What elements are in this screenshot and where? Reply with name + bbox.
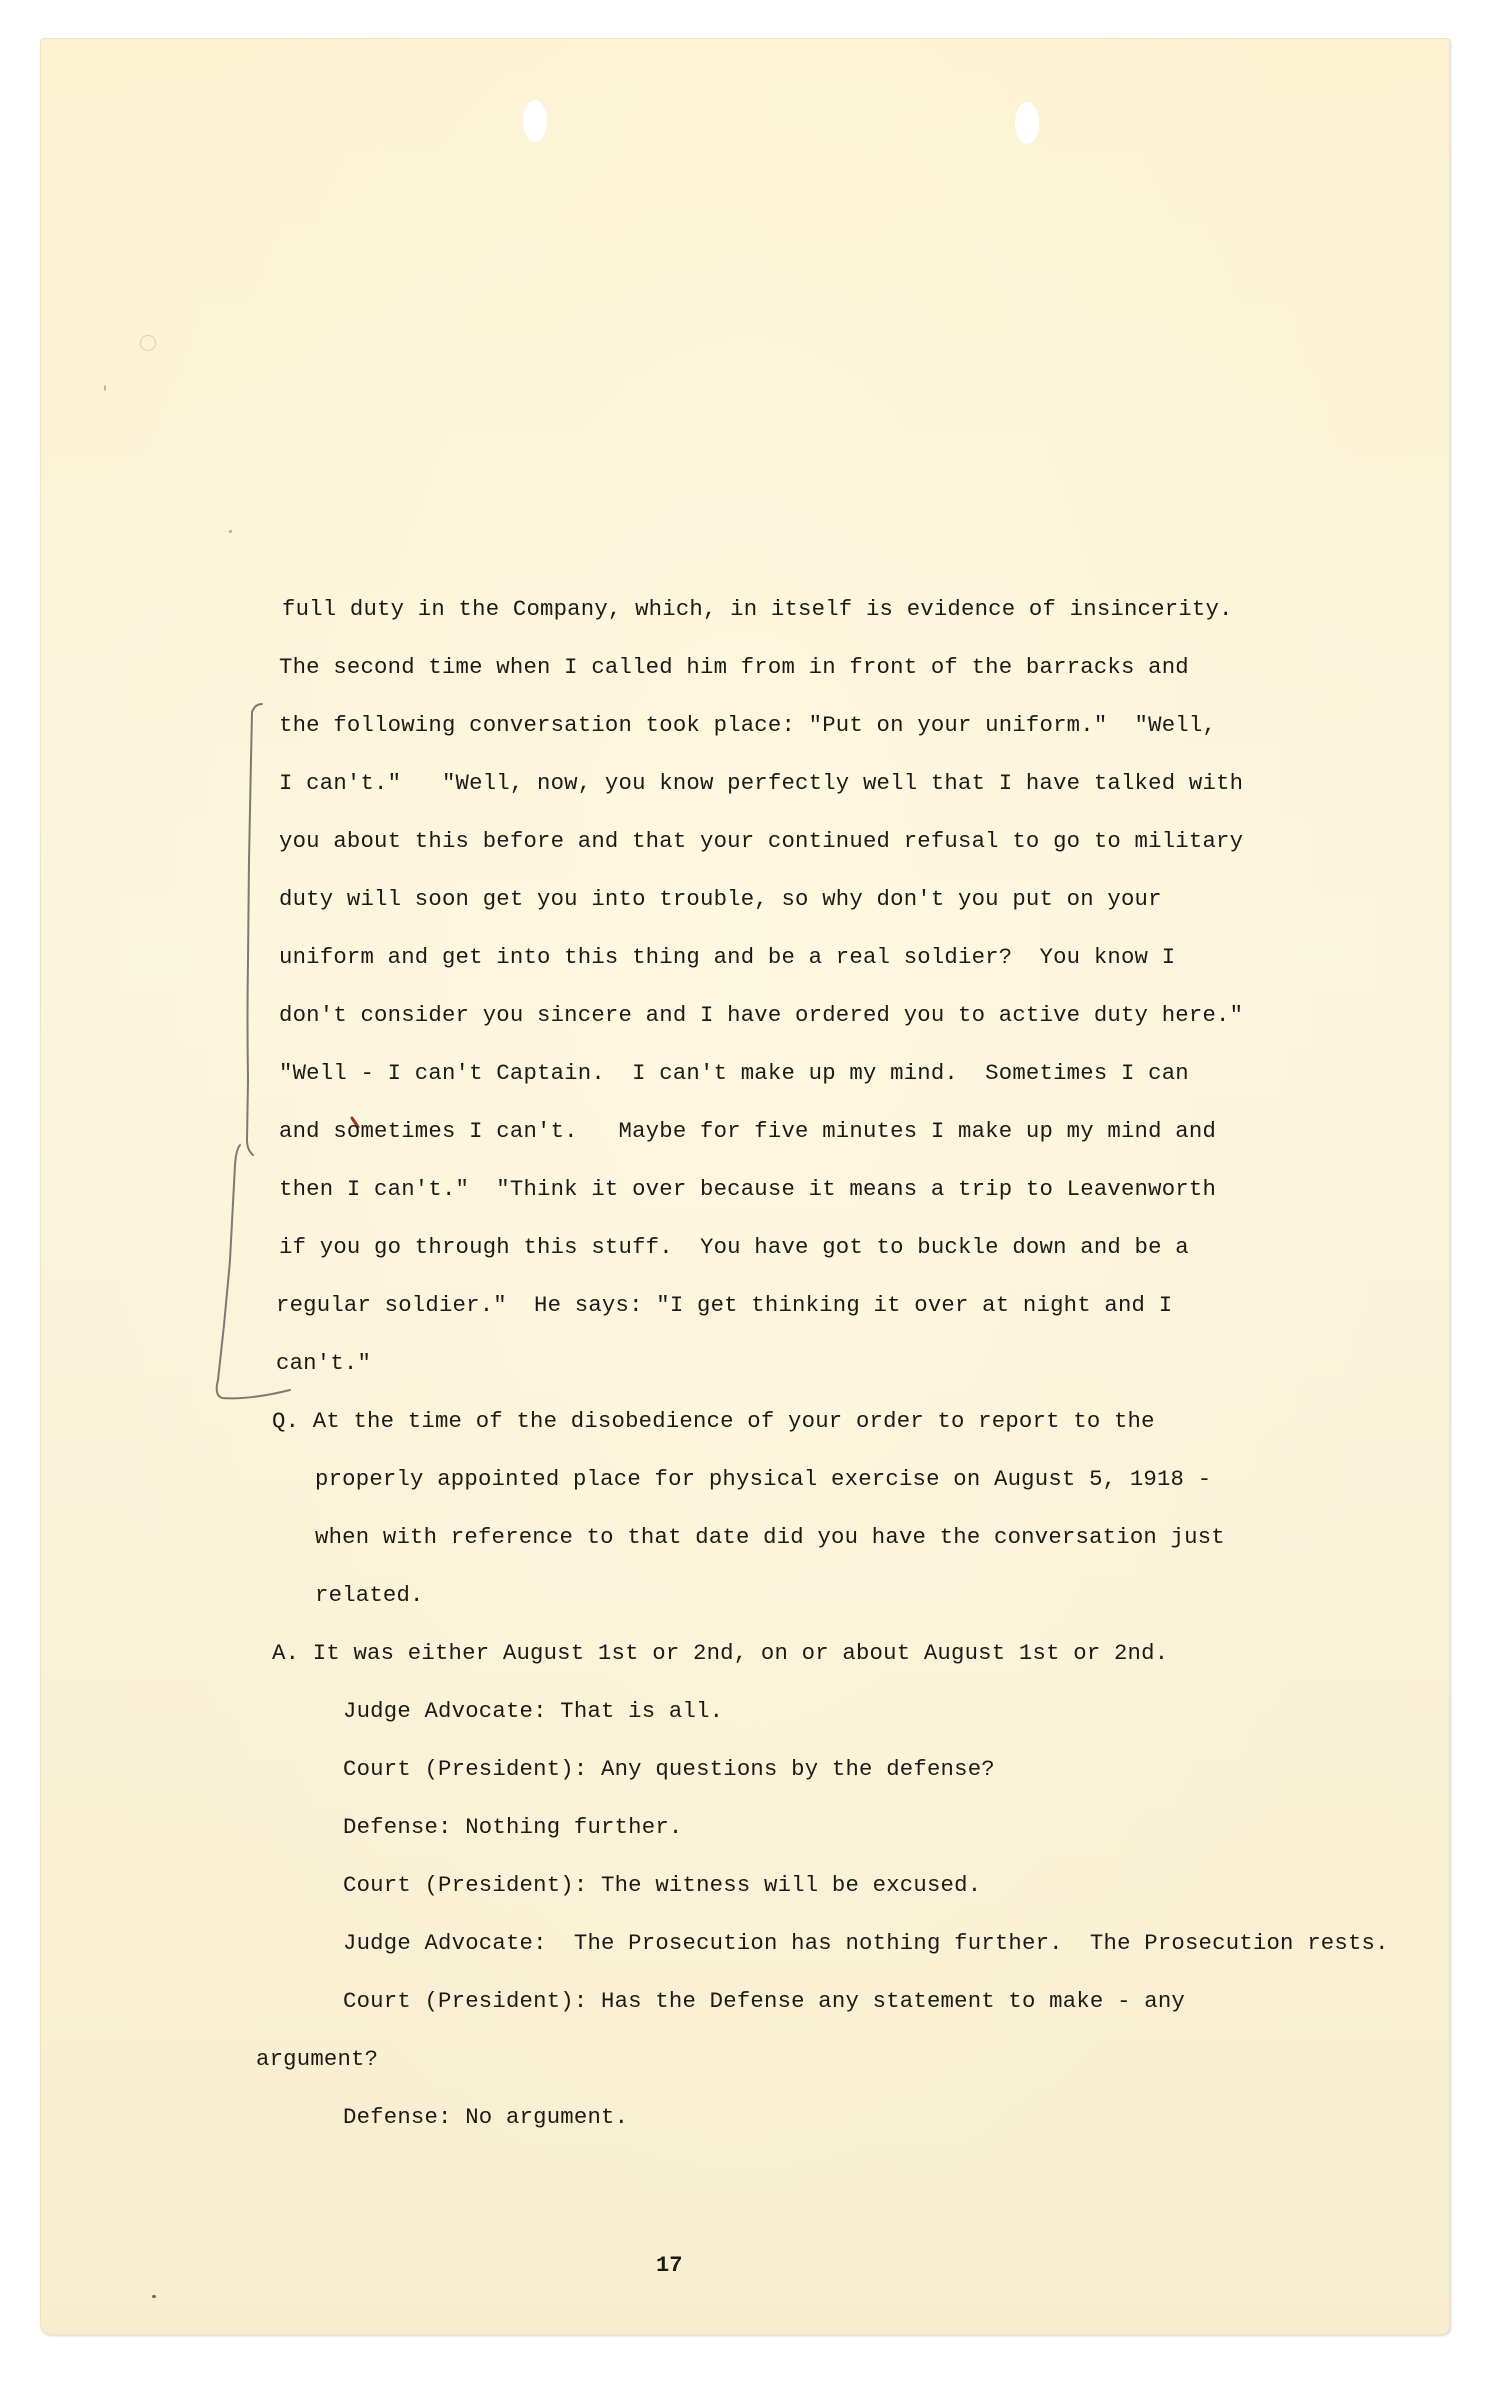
text-line: regular soldier." He says: "I get thinki…	[276, 1292, 1172, 1318]
text-line: uniform and get into this thing and be a…	[279, 944, 1175, 970]
text-line: Judge Advocate: The Prosecution has noth…	[343, 1930, 1389, 1956]
text-line: full duty in the Company, which, in itse…	[282, 596, 1233, 622]
text-line: I can't." "Well, now, you know perfectly…	[279, 770, 1243, 796]
text-line: the following conversation took place: "…	[279, 712, 1216, 738]
punch-hole-right	[1015, 102, 1039, 144]
text-line: duty will soon get you into trouble, so …	[279, 886, 1162, 912]
paper-speck	[152, 2295, 156, 2298]
text-line: Court (President): The witness will be e…	[343, 1872, 981, 1898]
text-line: Judge Advocate: That is all.	[343, 1698, 723, 1724]
text-line: if you go through this stuff. You have g…	[279, 1234, 1189, 1260]
text-line: Q. At the time of the disobedience of yo…	[272, 1408, 1155, 1434]
text-line: can't."	[276, 1350, 371, 1376]
text-line: when with reference to that date did you…	[315, 1524, 1225, 1550]
text-line: A. It was either August 1st or 2nd, on o…	[272, 1640, 1168, 1666]
text-line: and sometimes I can't. Maybe for five mi…	[279, 1118, 1216, 1144]
text-line: The second time when I called him from i…	[279, 654, 1189, 680]
text-line: Defense: Nothing further.	[343, 1814, 683, 1840]
text-line: properly appointed place for physical ex…	[315, 1466, 1211, 1492]
text-line: Court (President): Has the Defense any s…	[343, 1988, 1185, 2014]
page-number: 17	[656, 2253, 682, 2278]
text-line: argument?	[256, 2046, 378, 2072]
text-line: Defense: No argument.	[343, 2104, 628, 2130]
paper-speck	[104, 385, 106, 391]
paper-speck	[229, 530, 232, 533]
punch-hole-left	[523, 100, 547, 142]
text-line: you about this before and that your cont…	[279, 828, 1243, 854]
paper-speck	[140, 335, 156, 351]
text-line: Court (President): Any questions by the …	[343, 1756, 995, 1782]
text-line: "Well - I can't Captain. I can't make up…	[279, 1060, 1189, 1086]
text-line: then I can't." "Think it over because it…	[279, 1176, 1216, 1202]
text-line: related.	[315, 1582, 424, 1608]
text-line: don't consider you sincere and I have or…	[279, 1002, 1243, 1028]
